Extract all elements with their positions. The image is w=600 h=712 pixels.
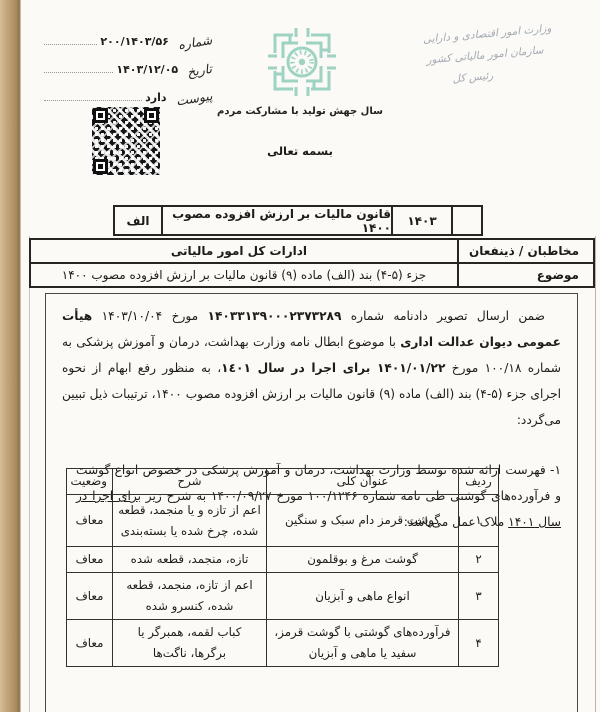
cell-general-title: گوشت مرغ و بوقلمون bbox=[267, 547, 459, 573]
title-band-blank-cell bbox=[451, 207, 481, 234]
cell-general-title: انواع ماهی و آبزیان bbox=[267, 573, 459, 620]
cell-status: معاف bbox=[67, 495, 113, 547]
tax-administration-emblem-icon bbox=[262, 22, 342, 102]
qr-code-icon bbox=[92, 107, 160, 175]
table-row: ۱ گوشت قرمز دام سبک و سنگین اعم از تازه … bbox=[67, 495, 499, 547]
body-paragraph-1: ضمن ارسال تصویر دادنامه شماره ۱۴۰۳۳۱۳۹۰۰… bbox=[62, 303, 561, 433]
title-band-law-title: قانون مالیات بر ارزش افزوده مصوب ۱۴۰۰ bbox=[161, 207, 391, 234]
col-header-row-number: ردیف bbox=[459, 469, 499, 495]
letter-number-value: ۲۰۰/۱۴۰۳/۵۶ bbox=[97, 35, 171, 50]
cell-description: کباب لقمه، همبرگر یا برگرها، ناگت‌ها bbox=[113, 620, 267, 667]
cell-description: اعم از تازه، منجمد، قطعه شده، کنسرو شده bbox=[113, 573, 267, 620]
recipients-label: مخاطبان / ذینفعان bbox=[458, 239, 594, 263]
table-row: ۳ انواع ماهی و آبزیان اعم از تازه، منجمد… bbox=[67, 573, 499, 620]
cell-status: معاف bbox=[67, 547, 113, 573]
page-edge-strip bbox=[0, 0, 21, 712]
meta-table: مخاطبان / ذینفعان ادارات کل امور مالیاتی… bbox=[29, 238, 595, 288]
title-band-year: ۱۴۰۳ bbox=[391, 207, 451, 234]
cell-status: معاف bbox=[67, 620, 113, 667]
cell-row-number: ۲ bbox=[459, 547, 499, 573]
subject-value: جزء (۵-۴) بند (الف) ماده (۹) قانون مالیا… bbox=[30, 263, 458, 287]
table-row: ۴ فرآورده‌های گوشتی با گوشت قرمز، سفید ی… bbox=[67, 620, 499, 667]
letter-body-box: ضمن ارسال تصویر دادنامه شماره ۱۴۰۳۳۱۳۹۰۰… bbox=[45, 293, 578, 712]
cell-row-number: ۳ bbox=[459, 573, 499, 620]
table-header-row: ردیف عنوان کلی شرح وضعیت bbox=[67, 469, 499, 495]
cell-status: معاف bbox=[67, 573, 113, 620]
title-band-section: الف bbox=[115, 207, 161, 234]
col-header-status: وضعیت bbox=[67, 469, 113, 495]
cell-row-number: ۱ bbox=[459, 495, 499, 547]
cell-description: تازه، منجمد، قطعه شده bbox=[113, 547, 267, 573]
letter-attachment-value: دارد bbox=[142, 91, 169, 106]
letter-number-row: شماره ۲۰۰/۱۴۰۳/۵۶ bbox=[44, 22, 214, 50]
year-slogan: سال جهش تولید با مشارکت مردم bbox=[150, 106, 450, 117]
ministry-calligraphy: وزارت امور اقتصادی و دارایی سازمان امور … bbox=[402, 17, 577, 95]
basmala: بسمه تعالی bbox=[150, 144, 450, 158]
qr-finder-pattern bbox=[93, 159, 108, 174]
title-band: ۱۴۰۳ قانون مالیات بر ارزش افزوده مصوب ۱۴… bbox=[113, 205, 483, 236]
qr-finder-pattern bbox=[93, 108, 108, 123]
letter-attachment-row: پیوست دارد bbox=[44, 78, 214, 106]
col-header-description: شرح bbox=[113, 469, 267, 495]
cell-row-number: ۴ bbox=[459, 620, 499, 667]
scanned-letter-page: وزارت امور اقتصادی و دارایی سازمان امور … bbox=[0, 0, 600, 712]
dotted-line bbox=[44, 44, 97, 45]
subject-label: موضوع bbox=[458, 263, 594, 287]
page-border-left bbox=[29, 236, 30, 712]
recipients-value: ادارات کل امور مالیاتی bbox=[30, 239, 458, 263]
page-border-right bbox=[595, 236, 596, 712]
cell-general-title: گوشت قرمز دام سبک و سنگین bbox=[267, 495, 459, 547]
table-row: ۲ گوشت مرغ و بوقلمون تازه، منجمد، قطعه ش… bbox=[67, 547, 499, 573]
letter-date-value: ۱۴۰۳/۱۲/۰۵ bbox=[113, 63, 181, 78]
col-header-general-title: عنوان کلی bbox=[267, 469, 459, 495]
exemption-table: ردیف عنوان کلی شرح وضعیت ۱ گوشت قرمز دام… bbox=[66, 468, 499, 667]
dotted-line bbox=[44, 72, 113, 73]
cell-description: اعم از تازه و یا منجمد، قطعه شده، چرخ شد… bbox=[113, 495, 267, 547]
subject-row: موضوع جزء (۵-۴) بند (الف) ماده (۹) قانون… bbox=[30, 263, 594, 287]
cell-general-title: فرآورده‌های گوشتی با گوشت قرمز، سفید یا … bbox=[267, 620, 459, 667]
recipients-row: مخاطبان / ذینفعان ادارات کل امور مالیاتی bbox=[30, 239, 594, 263]
letter-date-row: تاریخ ۱۴۰۳/۱۲/۰۵ bbox=[44, 50, 214, 78]
dotted-line bbox=[44, 100, 142, 101]
letter-header-fields: شماره ۲۰۰/۱۴۰۳/۵۶ تاریخ ۱۴۰۳/۱۲/۰۵ پیوست… bbox=[44, 22, 214, 106]
